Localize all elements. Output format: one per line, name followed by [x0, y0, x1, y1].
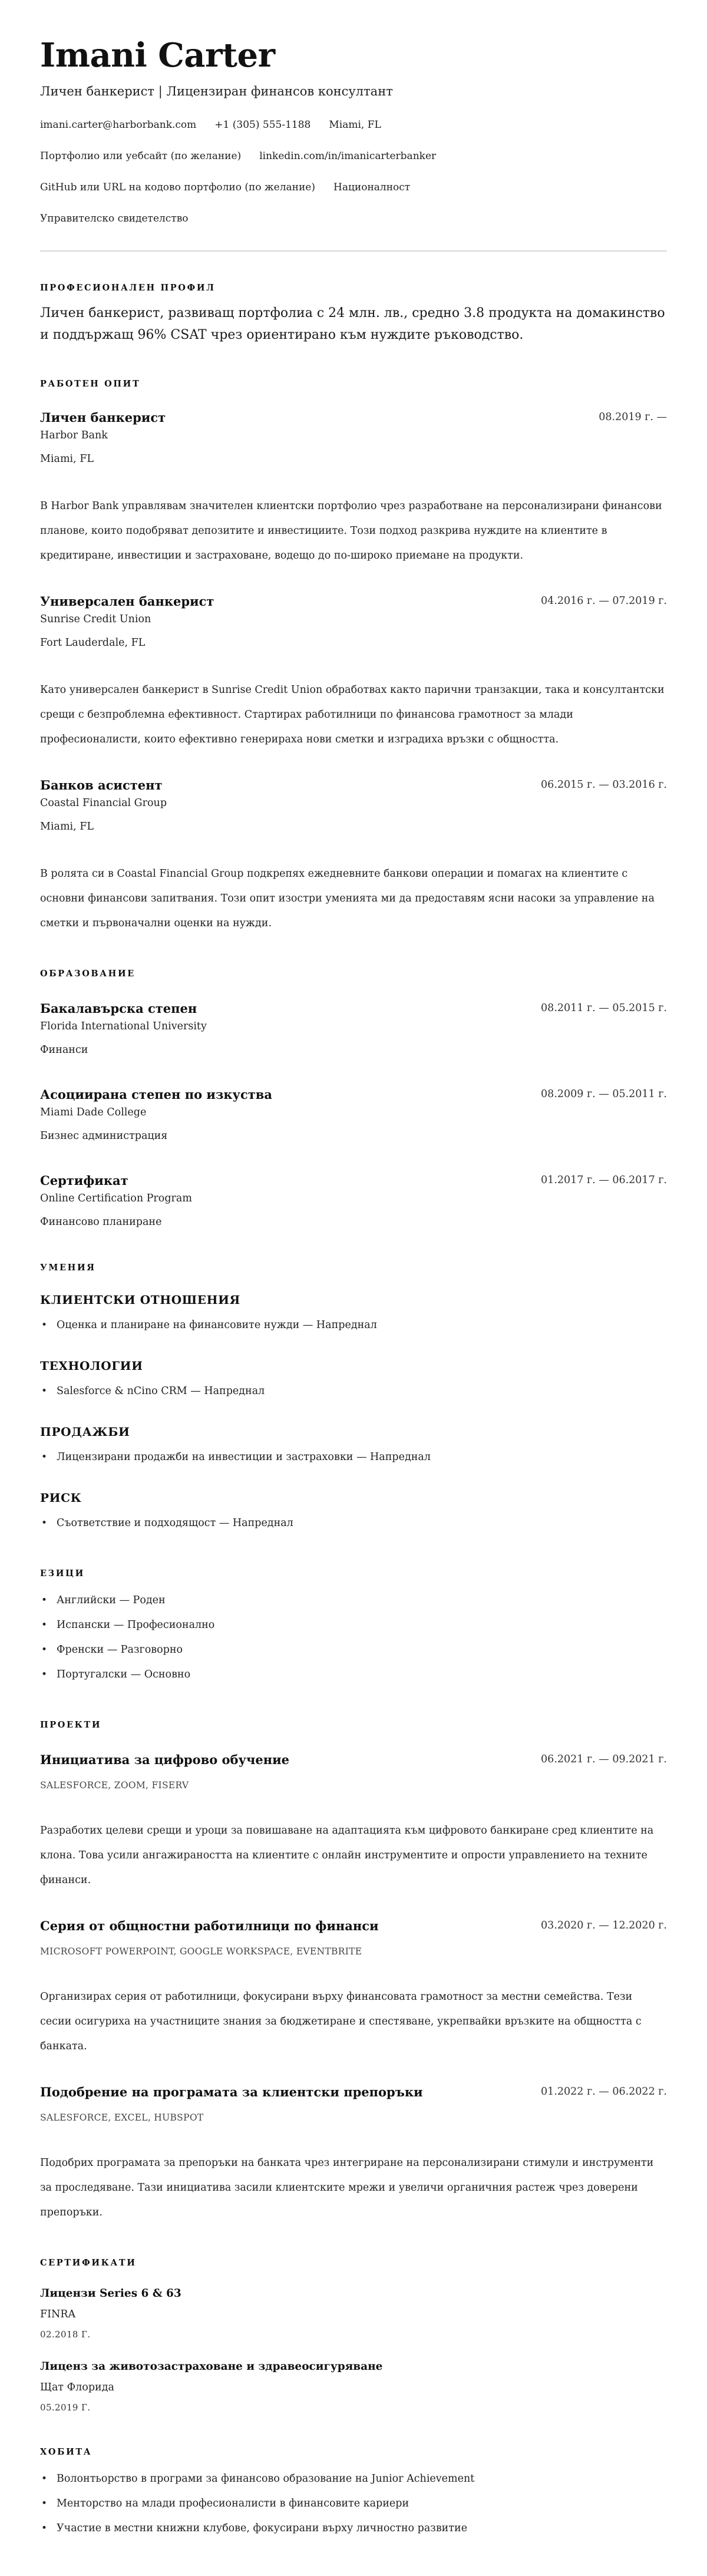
hobbies-section: ХОБИТА Волонтьорство в програми за финан… — [40, 2446, 667, 2541]
experience-section: РАБОТЕН ОПИТ Личен банкерист 08.2019 г. … — [40, 378, 667, 936]
education-section: ОБРАЗОВАНИЕ Бакалавърска степен 08.2011 … — [40, 968, 667, 1230]
field-of-study: Бизнес администрация — [40, 1128, 667, 1144]
school-name: Online Certification Program — [40, 1191, 667, 1206]
project-item: Серия от общностни работилници по финанс… — [40, 1917, 667, 2059]
experience-item: Универсален банкерист 04.2016 г. — 07.20… — [40, 593, 667, 752]
job-company: Harbor Bank — [40, 428, 667, 443]
contact-phone[interactable]: +1 (305) 555-1188 — [214, 118, 310, 132]
project-name: Инициатива за цифрово обучение — [40, 1751, 289, 1769]
certificate-date: 05.2019 Г. — [40, 2401, 667, 2414]
contact-driving-license: Управителско свидетелство — [40, 212, 189, 226]
job-dates: 04.2016 г. — 07.2019 г. — [541, 593, 667, 609]
candidate-name: Imani Carter — [40, 34, 667, 77]
languages-section: ЕЗИЦИ Английски — Роден Испански — Профе… — [40, 1568, 667, 1687]
certificate-name: Лиценз за животозастраховане и здравеоси… — [40, 2359, 667, 2375]
education-dates: 08.2011 г. — 05.2015 г. — [541, 1000, 667, 1016]
contact-linkedin[interactable]: linkedin.com/in/imanicarterbanker — [259, 149, 436, 163]
project-tech-stack: SALESFORCE, EXCEL, HUBSPOT — [40, 2111, 667, 2125]
skill-category: РИСК — [40, 1490, 667, 1506]
project-description: Подобрих програмата за препоръки на банк… — [40, 2151, 667, 2225]
skill-category: КЛИЕНТСКИ ОТНОШЕНИЯ — [40, 1292, 667, 1308]
skill-list: Лицензирани продажби на инвестиции и зас… — [40, 1445, 667, 1469]
job-description: В ролята си в Coastal Financial Group по… — [40, 861, 667, 936]
section-title-experience: РАБОТЕН ОПИТ — [40, 378, 667, 390]
skill-item: Оценка и планиране на финансовите нужди … — [40, 1313, 667, 1337]
hobby-list: Волонтьорство в програми за финансово об… — [40, 2466, 667, 2541]
profile-summary: Личен банкерист, развиващ портфолиа с 24… — [40, 302, 667, 346]
project-dates: 01.2022 г. — 06.2022 г. — [541, 2083, 667, 2100]
degree-title: Асоциирана степен по изкуства — [40, 1086, 272, 1104]
job-title: Банков асистент — [40, 777, 163, 794]
certificate-item: Лиценз за животозастраховане и здравеоси… — [40, 2359, 667, 2414]
hobby-item: Участие в местни книжни клубове, фокусир… — [40, 2516, 667, 2541]
school-name: Florida International University — [40, 1019, 667, 1034]
skill-item: Лицензирани продажби на инвестиции и зас… — [40, 1445, 667, 1469]
job-company: Coastal Financial Group — [40, 795, 667, 811]
section-title-hobbies: ХОБИТА — [40, 2446, 667, 2458]
language-item: Испански — Професионално — [40, 1613, 667, 1637]
degree-title: Сертификат — [40, 1172, 128, 1190]
project-tech-stack: SALESFORCE, ZOOM, FISERV — [40, 1778, 667, 1792]
certificate-name: Лицензи Series 6 & 63 — [40, 2286, 667, 2302]
contact-row-primary: imani.carter@harborbank.com +1 (305) 555… — [40, 118, 667, 132]
contact-location: Miami, FL — [329, 118, 381, 132]
education-dates: 08.2009 г. — 05.2011 г. — [541, 1086, 667, 1102]
education-item: Асоциирана степен по изкуства 08.2009 г.… — [40, 1086, 667, 1144]
skill-category: ПРОДАЖБИ — [40, 1424, 667, 1440]
header-divider — [40, 250, 667, 252]
job-location: Fort Lauderdale, FL — [40, 635, 667, 650]
skills-section: УМЕНИЯ КЛИЕНТСКИ ОТНОШЕНИЯ Оценка и план… — [40, 1262, 667, 1535]
skill-group: ТЕХНОЛОГИИ Salesforce & nCino CRM — Напр… — [40, 1358, 667, 1403]
skill-category: ТЕХНОЛОГИИ — [40, 1358, 667, 1374]
experience-item: Банков асистент 06.2015 г. — 03.2016 г. … — [40, 777, 667, 936]
degree-title: Бакалавърска степен — [40, 1000, 197, 1018]
contact-nationality: Националност — [333, 180, 410, 194]
job-company: Sunrise Credit Union — [40, 612, 667, 627]
job-title: Личен банкерист — [40, 409, 166, 427]
job-dates: 08.2019 г. — — [599, 409, 667, 425]
language-list: Английски — Роден Испански — Професионал… — [40, 1588, 667, 1687]
section-title-skills: УМЕНИЯ — [40, 1262, 667, 1274]
project-description: Организирах серия от работилници, фокуси… — [40, 1984, 667, 2059]
resume-page: Imani Carter Личен банкерист | Лицензира… — [0, 0, 707, 2576]
certificate-date: 02.2018 Г. — [40, 2328, 667, 2341]
experience-item: Личен банкерист 08.2019 г. — Harbor Bank… — [40, 409, 667, 568]
language-item: Португалски — Основно — [40, 1662, 667, 1687]
projects-section: ПРОЕКТИ Инициатива за цифрово обучение 0… — [40, 1719, 667, 2225]
project-description: Разработих целеви срещи и уроци за повиш… — [40, 1818, 667, 1893]
education-item: Бакалавърска степен 08.2011 г. — 05.2015… — [40, 1000, 667, 1058]
hobby-item: Менторство на млади професионалисти в фи… — [40, 2491, 667, 2516]
education-dates: 01.2017 г. — 06.2017 г. — [541, 1172, 667, 1188]
job-location: Miami, FL — [40, 451, 667, 467]
section-title-certificates: СЕРТИФИКАТИ — [40, 2257, 667, 2269]
field-of-study: Финанси — [40, 1042, 667, 1058]
skill-list: Съответствие и подходящост — Напреднал — [40, 1511, 667, 1535]
job-description: Като универсален банкерист в Sunrise Cre… — [40, 678, 667, 752]
project-dates: 03.2020 г. — 12.2020 г. — [541, 1917, 667, 1934]
contact-row-extra: GitHub или URL на кодово портфолио (по ж… — [40, 180, 667, 194]
project-name: Серия от общностни работилници по финанс… — [40, 1917, 379, 1935]
contact-portfolio[interactable]: Портфолио или уебсайт (по желание) — [40, 149, 241, 163]
project-name: Подобрение на програмата за клиентски пр… — [40, 2083, 423, 2101]
job-dates: 06.2015 г. — 03.2016 г. — [541, 777, 667, 793]
field-of-study: Финансово планиране — [40, 1214, 667, 1230]
school-name: Miami Dade College — [40, 1105, 667, 1120]
skill-item: Salesforce & nCino CRM — Напреднал — [40, 1379, 667, 1403]
certificates-section: СЕРТИФИКАТИ Лицензи Series 6 & 63 FINRA … — [40, 2257, 667, 2414]
certificate-issuer: FINRA — [40, 2307, 667, 2322]
project-dates: 06.2021 г. — 09.2021 г. — [541, 1751, 667, 1768]
job-location: Miami, FL — [40, 819, 667, 834]
certificate-item: Лицензи Series 6 & 63 FINRA 02.2018 Г. — [40, 2286, 667, 2341]
section-title-languages: ЕЗИЦИ — [40, 1568, 667, 1580]
hobby-item: Волонтьорство в програми за финансово об… — [40, 2466, 667, 2491]
contact-row-links: Портфолио или уебсайт (по желание) linke… — [40, 149, 667, 163]
section-title-projects: ПРОЕКТИ — [40, 1719, 667, 1731]
project-item: Инициатива за цифрово обучение 06.2021 г… — [40, 1751, 667, 1893]
job-description: В Harbor Bank управлявам значителен клие… — [40, 494, 667, 568]
language-item: Френски — Разговорно — [40, 1637, 667, 1662]
profile-section: ПРОФЕСИОНАЛЕН ПРОФИЛ Личен банкерист, ра… — [40, 282, 667, 346]
education-item: Сертификат 01.2017 г. — 06.2017 г. Onlin… — [40, 1172, 667, 1230]
candidate-headline: Личен банкерист | Лицензиран финансов ко… — [40, 82, 667, 100]
resume-header: Imani Carter Личен банкерист | Лицензира… — [40, 34, 667, 226]
language-item: Английски — Роден — [40, 1588, 667, 1613]
skill-group: ПРОДАЖБИ Лицензирани продажби на инвести… — [40, 1424, 667, 1469]
job-title: Универсален банкерист — [40, 593, 214, 610]
contact-email[interactable]: imani.carter@harborbank.com — [40, 118, 196, 132]
section-title-education: ОБРАЗОВАНИЕ — [40, 968, 667, 980]
project-item: Подобрение на програмата за клиентски пр… — [40, 2083, 667, 2225]
skill-item: Съответствие и подходящост — Напреднал — [40, 1511, 667, 1535]
skill-group: КЛИЕНТСКИ ОТНОШЕНИЯ Оценка и планиране н… — [40, 1292, 667, 1337]
contact-row-license: Управителско свидетелство — [40, 212, 667, 226]
skill-list: Salesforce & nCino CRM — Напреднал — [40, 1379, 667, 1403]
section-title-profile: ПРОФЕСИОНАЛЕН ПРОФИЛ — [40, 282, 667, 294]
skill-group: РИСК Съответствие и подходящост — Напред… — [40, 1490, 667, 1535]
contact-github[interactable]: GitHub или URL на кодово портфолио (по ж… — [40, 180, 315, 194]
project-tech-stack: MICROSOFT POWERPOINT, GOOGLE WORKSPACE, … — [40, 1944, 667, 1959]
skill-list: Оценка и планиране на финансовите нужди … — [40, 1313, 667, 1337]
certificate-issuer: Щат Флорида — [40, 2380, 667, 2395]
